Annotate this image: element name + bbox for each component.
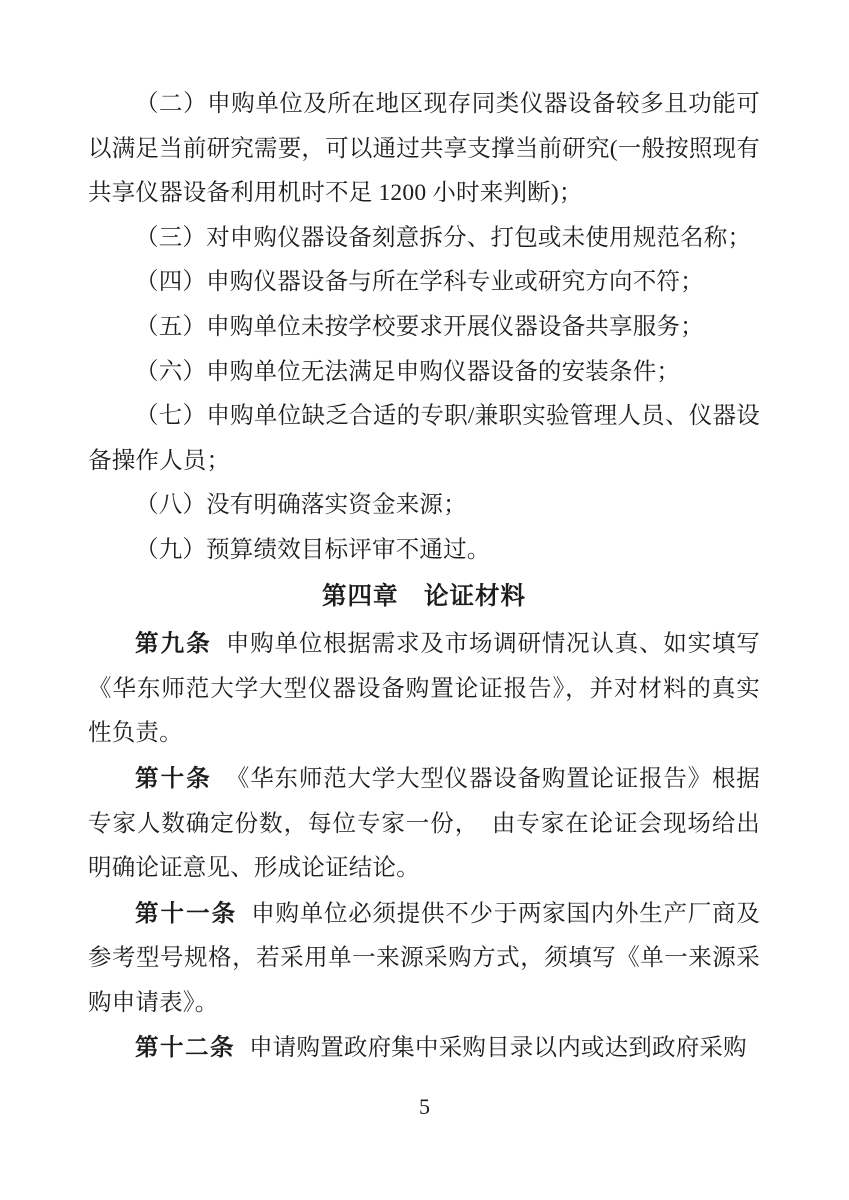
article-text: 申请购置政府集中采购目录以内或达到政府采购	[249, 1035, 747, 1061]
clause-item-6: （六）申购单位无法满足申购仪器设备的安装条件；	[88, 350, 760, 395]
article-paragraph-9: 第九条申购单位根据需求及市场调研情况认真、如实填写《华东师范大学大型仪器设备购置…	[88, 621, 760, 756]
article-paragraph-11: 第十一条申购单位必须提供不少于两家国内外生产厂商及参考型号规格，若采用单一来源采…	[88, 891, 760, 1026]
clause-item-8: （八）没有明确落实资金来源；	[88, 483, 760, 528]
article-paragraph-12: 第十二条申请购置政府集中采购目录以内或达到政府采购	[88, 1025, 760, 1071]
article-paragraph-10: 第十条《华东师范大学大型仪器设备购置论证报告》根据专家人数确定份数，每位专家一份…	[88, 756, 760, 891]
article-number-label: 第十二条	[135, 1034, 235, 1060]
article-number-label: 第十一条	[135, 900, 237, 926]
clause-item-3: （三）对申购仪器设备刻意拆分、打包或未使用规范名称；	[88, 216, 760, 261]
clause-item-5: （五）申购单位未按学校要求开展仪器设备共享服务；	[88, 305, 760, 350]
document-page: （二）申购单位及所在地区现存同类仪器设备较多且功能可以满足当前研究需要，可以通过…	[0, 0, 849, 1200]
article-number-label: 第九条	[135, 630, 212, 656]
clause-item-2: （二）申购单位及所在地区现存同类仪器设备较多且功能可以满足当前研究需要，可以通过…	[88, 82, 760, 216]
document-body: （二）申购单位及所在地区现存同类仪器设备较多且功能可以满足当前研究需要，可以通过…	[88, 82, 760, 1071]
clause-item-9: （九）预算绩效目标评审不通过。	[88, 528, 760, 573]
chapter-heading: 第四章 论证材料	[88, 575, 760, 620]
article-number-label: 第十条	[135, 765, 212, 791]
page-number: 5	[0, 1092, 849, 1122]
clause-item-4: （四）申购仪器设备与所在学科专业或研究方向不符；	[88, 260, 760, 305]
clause-item-7: （七）申购单位缺乏合适的专职/兼职实验管理人员、仪器设备操作人员；	[88, 394, 760, 483]
